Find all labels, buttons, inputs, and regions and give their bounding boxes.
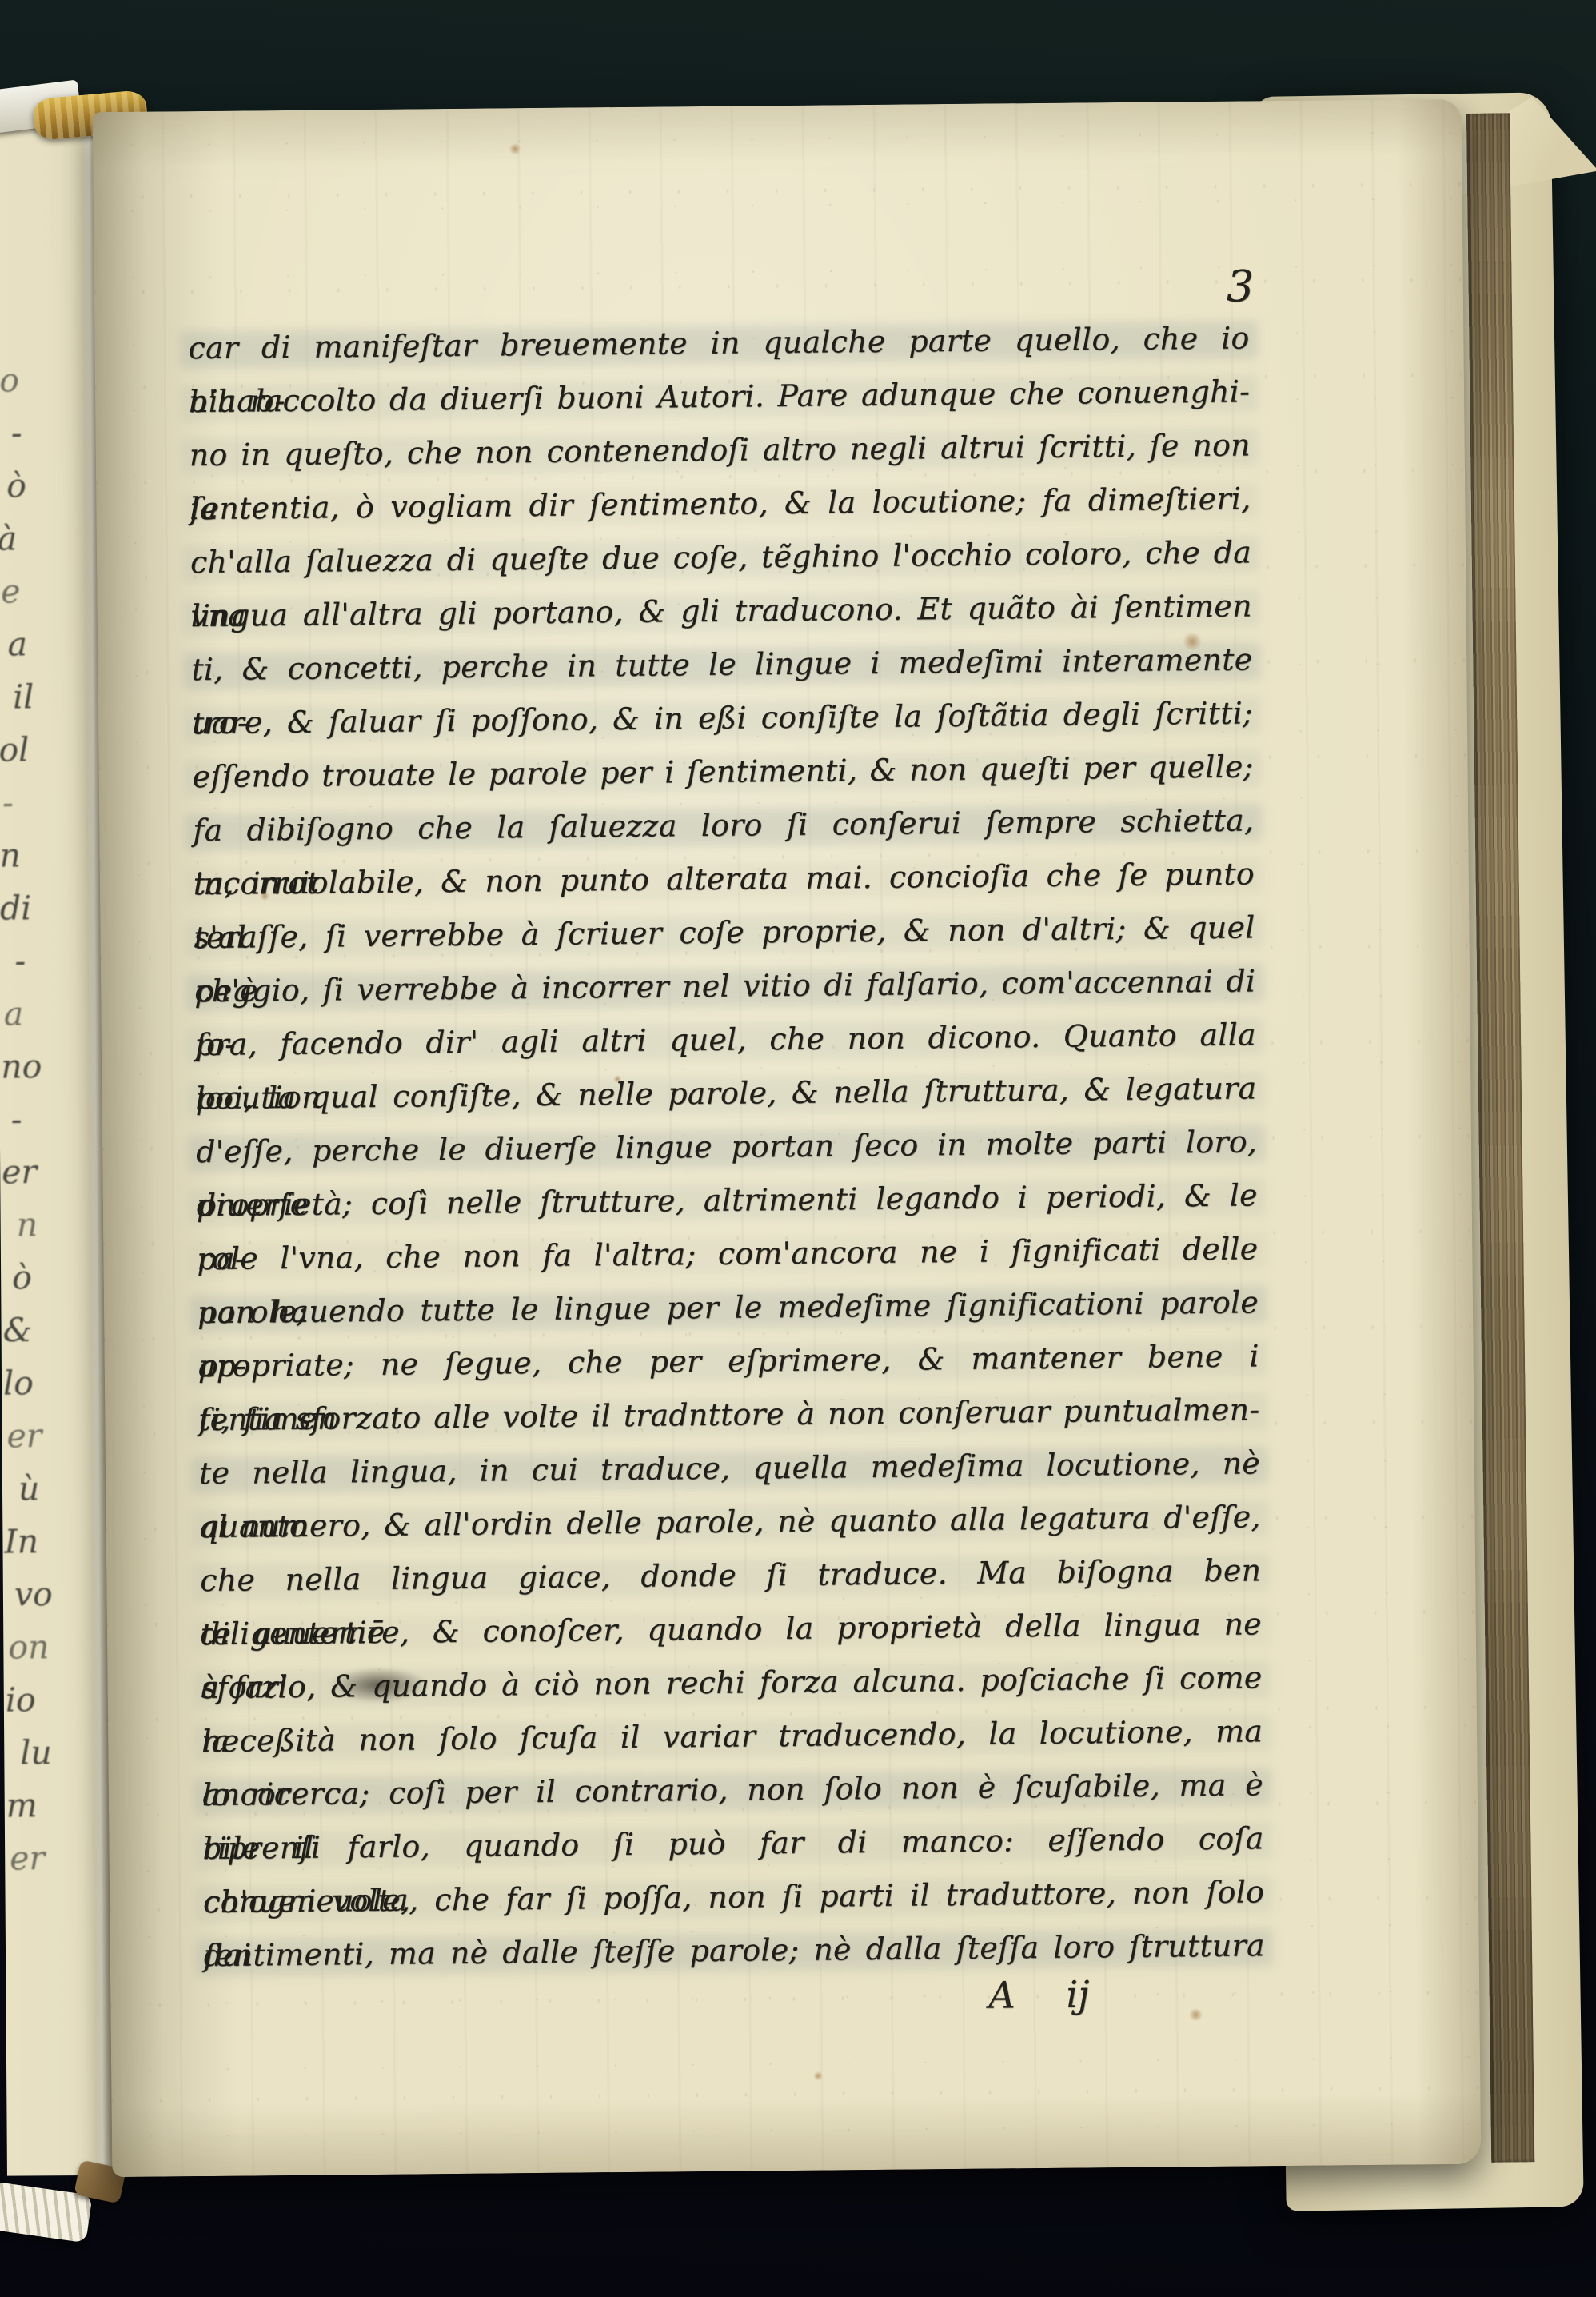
- gutter-fragment: on: [8, 1630, 56, 1664]
- fox-spot: [813, 2071, 823, 2081]
- gutter-text-fragments: o - ò à e a il ol - n di - a no - er n ò…: [0, 363, 58, 1876]
- text-line: ch'alla ſaluezza di queſte due coſe, tẽg…: [190, 525, 1252, 589]
- text-line: lo ricerca; coſì per il contrario, non ſ…: [202, 1758, 1264, 1822]
- fox-spot: [1182, 633, 1203, 650]
- text-line: ti, & concetti, perche in tutte le lingu…: [191, 633, 1253, 697]
- fox-spot: [509, 143, 521, 154]
- text-line: role l'vna, che non fa l'altra; com'anco…: [197, 1222, 1259, 1286]
- text-line: al numero, & all'ordin delle parole, nè …: [199, 1490, 1261, 1554]
- text-line: propriate; ne ſegue, che per eſprimere, …: [198, 1329, 1259, 1393]
- gutter-fragment: o: [0, 363, 47, 397]
- gutter-fragment: di: [0, 891, 51, 925]
- gutter-fragment: lu: [20, 1736, 57, 1770]
- text-line: fa dibiſogno che la ſaluezza loro ſi con…: [193, 793, 1255, 857]
- text-line: te auuertire, & conoſcer, quando la prop…: [201, 1597, 1263, 1661]
- text-line: teraſſe, ſi verrebbe à ſcriuer coſe prop…: [194, 901, 1255, 965]
- gutter-fragment: er: [2, 1155, 53, 1189]
- text-line: poi, la qual conſiſte, & nelle parole, &…: [195, 1061, 1257, 1125]
- gutter-fragment: er: [10, 1841, 58, 1876]
- gutter-fragment: n: [0, 838, 51, 873]
- text-line: proprietà; coſì nelle ſtrutture, altrime…: [196, 1168, 1258, 1232]
- text-line: d'eſſe, perche le diuerſe lingue portan …: [196, 1115, 1258, 1179]
- text-line: peggio, ſi verrebbe à incorrer nel vitio…: [194, 954, 1256, 1018]
- gutter-fragment: il: [13, 680, 50, 714]
- signature-letter: A: [988, 1973, 1015, 2016]
- quire-signature: A ij: [988, 1972, 1090, 2016]
- text-block: car di manifeſtar breuemente in qualche …: [188, 311, 1265, 1983]
- text-line: car di manifeſtar breuemente in qualche …: [188, 311, 1250, 375]
- page-number: 3: [1227, 261, 1255, 311]
- book-scan: o - ò à e a il ol - n di - a no - er n ò…: [0, 0, 1596, 2297]
- gutter-fragment: ù: [18, 1472, 55, 1506]
- fox-spot: [613, 1075, 621, 1083]
- gutter-fragment: no: [1, 1049, 52, 1084]
- gutter-fragment: e: [1, 574, 49, 609]
- gutter-fragment: à: [0, 521, 49, 556]
- fox-spot: [1188, 2008, 1203, 2021]
- text-line: ch'ogni volta, che far ſi poſſa, non ſi …: [203, 1865, 1265, 1929]
- gutter-fragment: m: [6, 1788, 58, 1823]
- text-line: non hauendo tutte le lingue per le medeſ…: [198, 1276, 1259, 1340]
- text-line: te nella lingua, in cui traduce, quella …: [199, 1436, 1261, 1500]
- text-line: bile il farlo, quando ſi può far di manc…: [202, 1812, 1264, 1876]
- text-line: ſententia, ò vogliam dir ſentimento, & l…: [190, 472, 1251, 536]
- gutter-fragment: ò: [12, 1260, 54, 1295]
- text-line: eſſendo trouate le parole per i ſentimen…: [192, 740, 1254, 804]
- text-line: uare, & ſaluar ſi poſſono, & in eßi conſ…: [192, 686, 1254, 750]
- gutter-fragment: vo: [14, 1577, 56, 1612]
- gutter-fragment: In: [4, 1524, 55, 1559]
- text-line: ſentimenti, ma nè dalle ſteſſe parole; n…: [203, 1919, 1265, 1983]
- text-line: lingua all'altra gli portano, & gli trad…: [190, 579, 1252, 643]
- gutter-fragment: &: [2, 1313, 54, 1348]
- gutter-fragment: io: [6, 1683, 57, 1717]
- text-line: ti, ſia sforzato alle volte il tradnttor…: [198, 1383, 1260, 1447]
- gutter-fragment: -: [11, 416, 48, 450]
- gutter-fragment: er: [6, 1419, 54, 1453]
- fox-spot: [260, 891, 269, 901]
- gutter-fragment: n: [17, 1208, 54, 1242]
- gutter-fragment: a: [4, 997, 52, 1031]
- text-line: bia raccolto da diuerſi buoni Autori. Pa…: [189, 365, 1251, 429]
- gutter-fragment: lo: [3, 1366, 54, 1400]
- book-page: 3 car di manifeſtar breuemente in qualch…: [93, 99, 1482, 2177]
- gutter-fragment: -: [11, 1102, 53, 1137]
- ink-smudge: [329, 1667, 427, 1703]
- gutter-fragment: ò: [6, 469, 48, 503]
- text-line: pra, facendo dir' agli altri quel, che n…: [195, 1008, 1257, 1072]
- text-line: ta, inuiolabile, & non punto alterata ma…: [194, 847, 1255, 911]
- gutter-fragment: ol: [0, 733, 50, 767]
- gutter-fragment: a: [7, 627, 49, 661]
- text-line: che nella lingua giace, donde ſi traduce…: [200, 1544, 1262, 1608]
- text-line: neceßità non ſolo ſcuſa il variar traduc…: [201, 1704, 1263, 1768]
- gutter-fragment: -: [2, 785, 50, 820]
- signature-numeral: ij: [1066, 1972, 1090, 2015]
- gutter-fragment: -: [14, 944, 51, 978]
- text-line: no in queſto, che non contenendoſi altro…: [189, 418, 1251, 482]
